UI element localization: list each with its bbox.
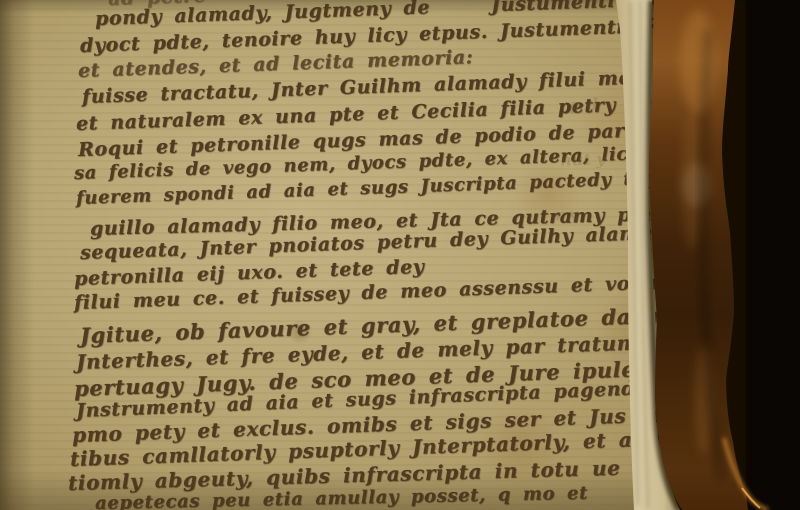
manuscript-page: ad petre pondy alamady, Jugtmeny de Just… [0, 0, 664, 510]
ink-showthrough: r y [555, 205, 579, 225]
leather-scuff [682, 163, 710, 207]
manuscript-photo: ad petre pondy alamady, Jugtmeny de Just… [0, 0, 800, 510]
book-spine-region [596, 0, 800, 510]
leather-highlight [680, 10, 716, 114]
ink-showthrough: p d [570, 95, 599, 115]
